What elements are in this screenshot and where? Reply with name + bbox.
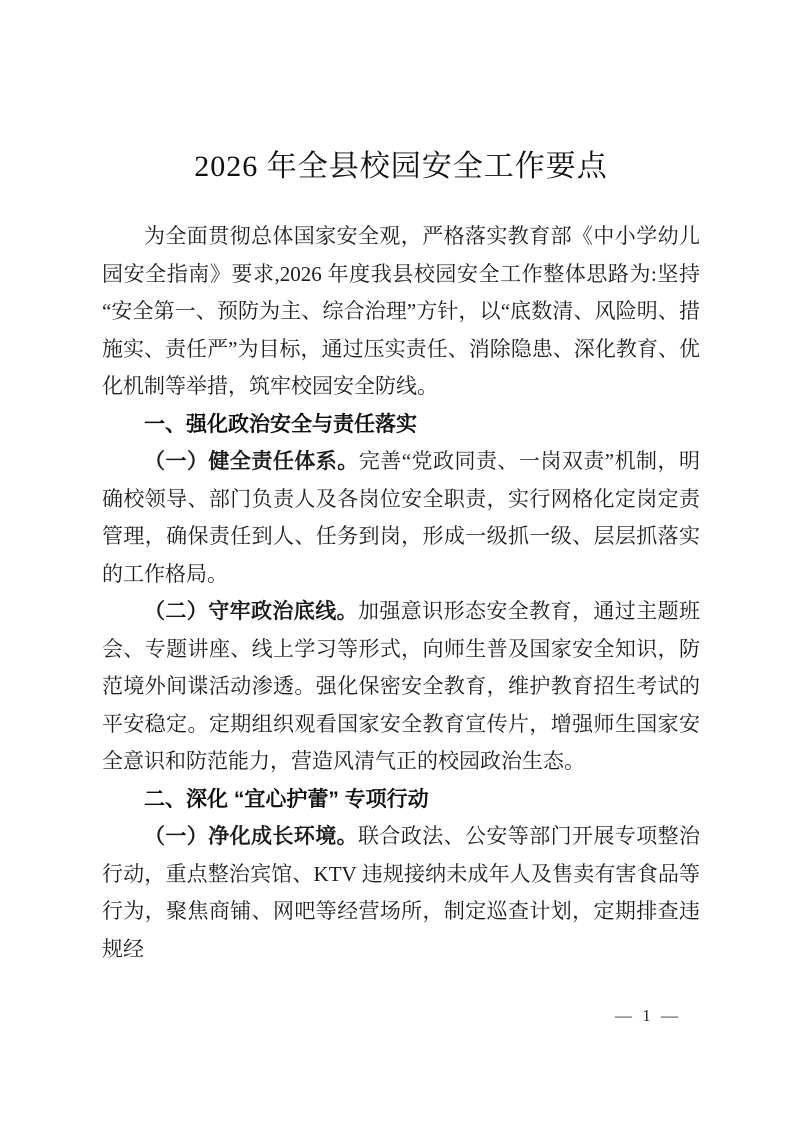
section-1-item-2: （二）守牢政治底线。加强意识形态安全教育，通过主题班会、专题讲座、线上学习等形式… (102, 593, 700, 781)
section-2-heading: 二、深化 “宜心护蕾” 专项行动 (102, 781, 700, 819)
section-2-item-1: （一）净化成长环境。联合政法、公安等部门开展专项整治行动，重点整治宾馆、KTV … (102, 818, 700, 968)
document-title: 2026 年全县校园安全工作要点 (102, 146, 700, 188)
section-1-item-2-lead: （二）守牢政治底线。 (144, 599, 358, 623)
document-page: 2026 年全县校园安全工作要点 为全面贯彻总体国家安全观，严格落实教育部《中小… (0, 0, 793, 1122)
section-1-item-1: （一）健全责任体系。完善“党政同责、一岗双责”机制，明确校领导、部门负责人及各岗… (102, 443, 700, 593)
section-1-item-2-body: 加强意识形态安全教育，通过主题班会、专题讲座、线上学习等形式，向师生普及国家安全… (102, 599, 700, 773)
section-1-item-1-lead: （一）健全责任体系。 (144, 449, 359, 473)
section-1-heading: 一、强化政治安全与责任落实 (102, 406, 700, 444)
page-number: — 1 — (615, 1006, 681, 1026)
intro-paragraph: 为全面贯彻总体国家安全观，严格落实教育部《中小学幼儿园安全指南》要求,2026 … (102, 218, 700, 406)
section-2-item-1-lead: （一）净化成长环境。 (144, 824, 358, 848)
